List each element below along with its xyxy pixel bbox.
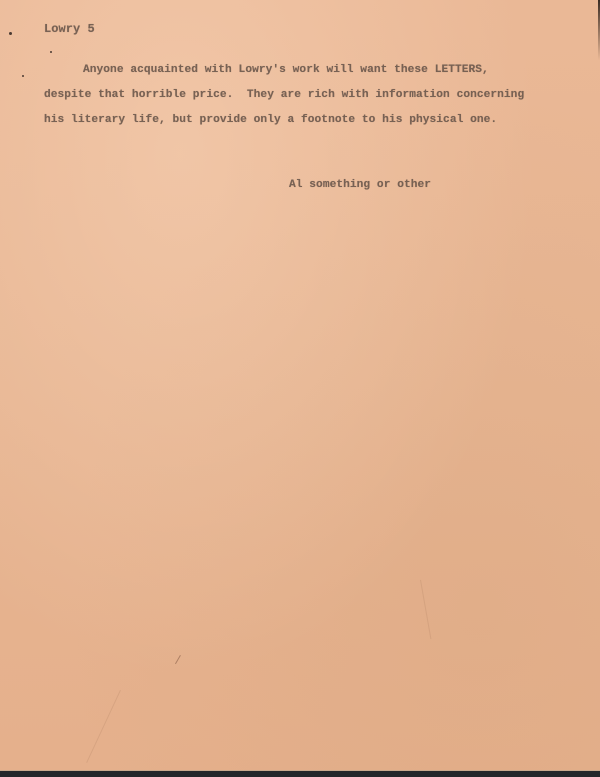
paragraph-line: his literary life, but provide only a fo… (44, 114, 497, 126)
document-page: Lowry 5 Anyone acquainted with Lowry's w… (0, 0, 600, 770)
scan-bottom-border (0, 770, 600, 777)
page-header: Lowry 5 (44, 22, 95, 36)
paper-speck (9, 32, 12, 35)
paper-speck (22, 75, 24, 77)
paper-mark (175, 655, 181, 664)
paper-fiber (86, 690, 121, 763)
signature: Al something or other (289, 179, 431, 191)
paragraph-line: Anyone acquainted with Lowry's work will… (83, 64, 489, 76)
paper-speck (50, 51, 52, 53)
paper-fiber (420, 580, 431, 639)
paragraph-line: despite that horrible price. They are ri… (44, 89, 524, 101)
